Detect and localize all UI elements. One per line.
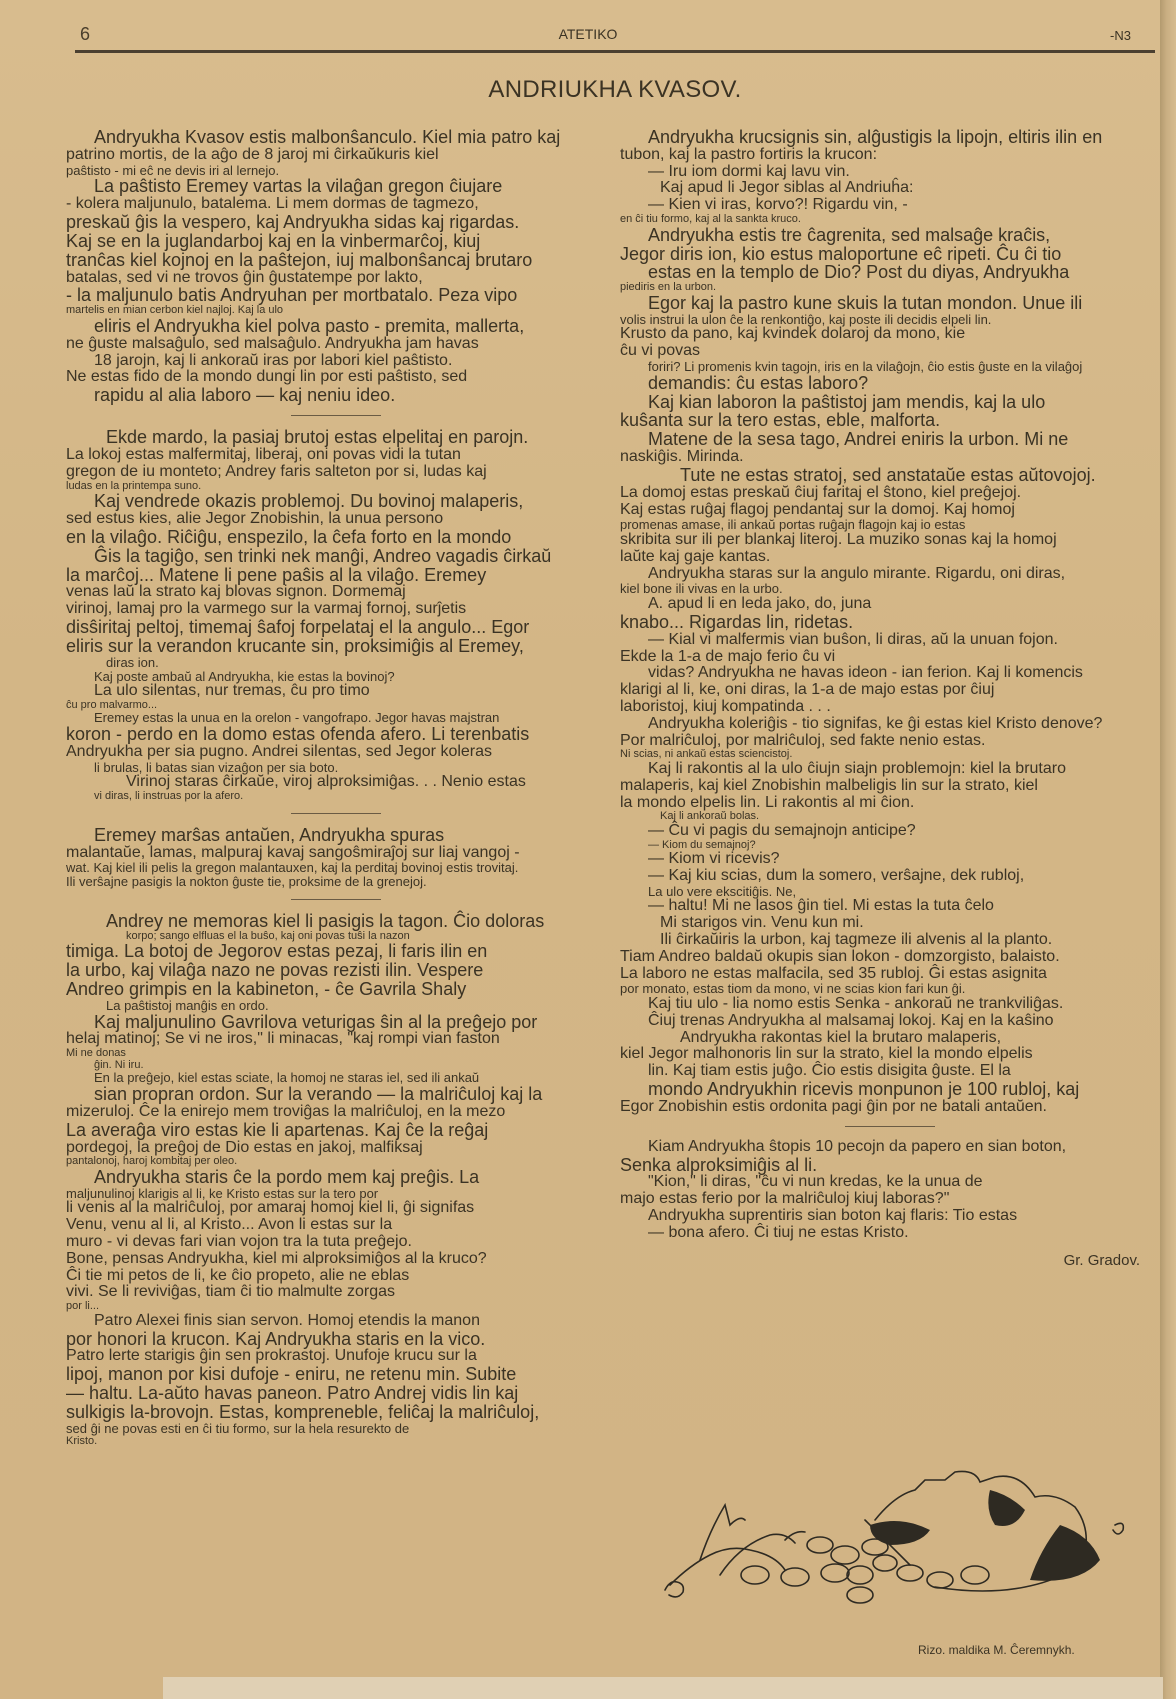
- text-line: Kaj kian laboron la paŝtistoj jam mendis…: [620, 393, 1160, 412]
- text-line: wat. Kaj kiel ili pelis la gregon malant…: [66, 861, 606, 875]
- text-line: Kristo.: [66, 1436, 606, 1448]
- text-line: sian propran ordon. Sur la verando — la …: [66, 1085, 606, 1104]
- text-line: Ekde mardo, la pasiaj brutoj estas elpel…: [66, 428, 606, 447]
- text-line: koron - perdo en la domo estas ofenda af…: [66, 725, 606, 744]
- text-line: laŭte kaj gaje kantas.: [620, 549, 1160, 566]
- text-line: — Iru iom dormi kaj lavu vin.: [620, 164, 1160, 181]
- illustration-caption: Rizo. maldika M. Ĉeremnykh.: [918, 1643, 1075, 1657]
- text-line: — Kaj kiu scias, dum la somero, verŝajne…: [620, 868, 1160, 885]
- text-line: Ĝis la tagiĝo, sen trinki nek manĝi, And…: [66, 547, 606, 566]
- text-line: promenas amase, ili ankaŭ portas ruĝajn …: [620, 518, 1160, 532]
- text-line: sulkigis la-brovojn. Estas, kompreneble,…: [66, 1403, 606, 1422]
- text-line: Kaj apud li Jegor siblas al Andriuĥa:: [620, 180, 1160, 197]
- text-line: Tute ne estas stratoj, sed anstataŭe est…: [620, 466, 1160, 485]
- text-line: La lokoj estas malfermitaj, liberaj, oni…: [66, 447, 606, 464]
- text-line: Mi ne donas: [66, 1048, 606, 1060]
- section-divider: [291, 899, 381, 900]
- page-edge: [1160, 0, 1176, 1699]
- text-line: li brulas, li batas sian vizaĝon per sia…: [66, 761, 606, 775]
- text-line: Ili ĉirkaŭiris la urbon, kaj tagmeze ili…: [620, 932, 1160, 949]
- text-line: Egor kaj la pastro kune skuis la tutan m…: [620, 294, 1160, 313]
- text-line: la marĉoj... Matene li pene paŝis al la …: [66, 566, 606, 585]
- text-line: Andryukha estis tre ĉagrenita, sed malsa…: [620, 226, 1160, 245]
- text-line: vidas? Andryukha ne havas ideon - ian fe…: [620, 665, 1160, 682]
- text-line: foriri? Li promenis kvin tagojn, iris en…: [620, 360, 1160, 374]
- text-line: Egor Znobishin estis ordonita pagi ĝin p…: [620, 1099, 1160, 1116]
- text-line: — Kial vi malfermis vian buŝon, li diras…: [620, 632, 1160, 649]
- text-line: Andryukha koleriĝis - tio signifas, ke ĝ…: [620, 716, 1160, 733]
- text-line: - kolera maljunulo, batalema. Li mem dor…: [66, 196, 606, 213]
- text-line: Kaj maljunulino Gavrilova veturigas ŝin …: [66, 1013, 606, 1032]
- text-line: tubon, kaj la pastro fortiris la krucon:: [620, 147, 1160, 164]
- text-line: por monato, estas tiom da mono, vi ne sc…: [620, 982, 1160, 996]
- author-signature: Gr. Gradov.: [620, 1252, 1160, 1269]
- text-line: eliris sur la verandon krucante sin, pro…: [66, 637, 606, 656]
- text-line: Ekde la 1-a de majo ferio ĉu vi: [620, 649, 1160, 666]
- text-line: — Kien vi iras, korvo?! Rigardu vin, -: [620, 197, 1160, 214]
- header-rule: [75, 50, 1155, 53]
- text-line: Kaj estas ruĝaj flagoj pendantaj sur la …: [620, 502, 1160, 519]
- text-line: En la preĝejo, kiel estas sciate, la hom…: [66, 1071, 606, 1085]
- text-line: Tiam Andreo baldaŭ okupis sian lokon - d…: [620, 949, 1160, 966]
- paper-tear-strip: [163, 1677, 1163, 1699]
- text-line: Eremey marŝas antaŭen, Andryukha spuras: [66, 826, 606, 845]
- text-line: Por malriĉuloj, por malriĉuloj, sed fakt…: [620, 733, 1160, 750]
- text-line: A. apud li en leda jako, do, juna: [620, 596, 1160, 613]
- text-line: pordegoj, la preĝoj de Dio estas en jako…: [66, 1140, 606, 1157]
- text-line: vivi. Se li reviviĝas, tiam ĉi tio malmu…: [66, 1284, 606, 1301]
- article-title: ANDRIUKHA KVASOV.: [0, 76, 1176, 104]
- text-line: Eremey estas la unua en la orelon - vang…: [66, 711, 606, 725]
- text-line: Kaj li rakontis al la ulo ĉiujn siajn pr…: [620, 761, 1160, 778]
- text-line: Jegor diris ion, kio estus maloportune e…: [620, 245, 1160, 264]
- text-line: Andryukha rakontas kiel la brutaro malap…: [620, 1030, 1160, 1047]
- text-line: li venis al la malriĉuloj, por amaraj ho…: [66, 1200, 606, 1217]
- text-line: virinoj, lamaj pro la varmego sur la var…: [66, 601, 606, 618]
- text-line: Andrey ne memoras kiel li pasigis la tag…: [66, 912, 606, 931]
- text-line: eliris el Andryukha kiel polva pasto - p…: [66, 317, 606, 336]
- text-line: kuŝanta sur la tero estas, eble, malfort…: [620, 411, 1160, 430]
- text-line: volis instrui la ulon ĉe la renkontiĝo, …: [620, 313, 1160, 327]
- text-line: Kaj se en la juglandarboj kaj en la vinb…: [66, 232, 606, 251]
- text-line: 18 jarojn, kaj li ankoraŭ iras por labor…: [66, 353, 606, 370]
- text-line: Bone, pensas Andryukha, kiel mi alproksi…: [66, 1251, 606, 1268]
- text-line: batalas, sed vi ne trovos ĝin ĝustatempe…: [66, 270, 606, 287]
- text-line: — bona afero. Ĉi tiuj ne estas Kristo.: [620, 1225, 1160, 1242]
- text-line: - la maljunulo batis Andryuhan per mortb…: [66, 286, 606, 305]
- text-line: kiel Jegor malhonoris lin sur la strato,…: [620, 1046, 1160, 1063]
- section-divider: [845, 1126, 935, 1127]
- text-line: Virinoj staras ĉirkaŭe, viroj alproksimi…: [66, 774, 606, 791]
- text-line: Andryukha staras sur la angulo mirante. …: [620, 566, 1160, 583]
- text-line: malaperis, kaj kiel Znobishin malbeligis…: [620, 778, 1160, 795]
- text-line: Kaj tiu ulo - lia nomo estis Senka - ank…: [620, 996, 1160, 1013]
- text-line: venas laŭ la strato kaj blovas signon. D…: [66, 584, 606, 601]
- text-line: laboristoj, kiuj kompatinda . . .: [620, 699, 1160, 716]
- text-line: gregon de iu monteto; Andrey faris salte…: [66, 464, 606, 481]
- text-line: Matene de la sesa tago, Andrei eniris la…: [620, 430, 1160, 449]
- issue-number: -N3: [1110, 28, 1131, 43]
- text-line: Mi starigos vin. Venu kun mi.: [620, 915, 1160, 932]
- text-line: Kaj poste ambaŭ al Andryukha, kie estas …: [66, 670, 606, 684]
- text-line: rapidu al alia laboro — kaj neniu ideo.: [66, 386, 606, 405]
- text-line: Andryukha staris ĉe la pordo mem kaj pre…: [66, 1168, 606, 1187]
- section-divider: [291, 415, 381, 416]
- text-line: Kaj vendrede okazis problemoj. Du bovino…: [66, 492, 606, 511]
- text-line: "Kion," li diras, "ĉu vi nun kredas, ke …: [620, 1174, 1160, 1191]
- text-line: Ne estas fido de la mondo dungi lin por …: [66, 369, 606, 386]
- text-line: skribita sur ili per blankaj literoj. La…: [620, 532, 1160, 549]
- masthead: ATETIKO: [0, 26, 1176, 42]
- text-line: timiga. La botoj de Jegorov estas pezaj,…: [66, 942, 606, 961]
- text-line: mizeruloj. Ĉe la enirejo mem troviĝas la…: [66, 1104, 606, 1121]
- text-line: lipoj, manon por kisi dufoje - eniru, ne…: [66, 1365, 606, 1384]
- text-line: kiel bone ili vivas en la urbo.: [620, 582, 1160, 596]
- text-line: — haltu. La-aŭto havas paneon. Patro And…: [66, 1384, 606, 1403]
- text-line: en la vilaĝo. Riĉiĝu, enspezilo, la ĉefa…: [66, 528, 606, 547]
- text-line: maljunulinoj klarigis al li, ke Kristo e…: [66, 1187, 606, 1201]
- text-line: ĉu vi povas: [620, 343, 1160, 360]
- text-line: malantaŭe, lamas, malpuraj kavaj sangoŝm…: [66, 845, 606, 862]
- text-line: paŝtisto - mi eĉ ne devis iri al lernejo…: [66, 164, 606, 178]
- text-line: Andryukha suprentiris sian boton kaj fla…: [620, 1208, 1160, 1225]
- text-line: por honori la krucon. Kaj Andryukha star…: [66, 1330, 606, 1349]
- text-line: La ulo silentas, nur tremas, ĉu pro timo: [66, 683, 606, 700]
- text-line: majo estas ferio por la malriĉuloj kiuj …: [620, 1191, 1160, 1208]
- text-line: Kiam Andryukha ŝtopis 10 pecojn da paper…: [620, 1139, 1160, 1156]
- text-line: Ĉiuj trenas Andryukha al malsamaj lokoj.…: [620, 1013, 1160, 1030]
- text-line: estas en la templo de Dio? Post du diyas…: [620, 263, 1160, 282]
- text-line: ne ĝuste malsaĝulo, sed malsaĝulo. Andry…: [66, 336, 606, 353]
- text-line: Andryukha per sia pugno. Andrei silentas…: [66, 744, 606, 761]
- text-line: La averaĝa viro estas kie li apartenas. …: [66, 1121, 606, 1140]
- text-line: naskiĝis. Mirinda.: [620, 449, 1160, 466]
- text-line: la urbo, kaj vilaĝa nazo ne povas rezist…: [66, 961, 606, 980]
- text-line: demandis: ĉu estas laboro?: [620, 374, 1160, 393]
- text-line: Krusto da pano, kaj kvindek dolaroj da m…: [620, 326, 1160, 343]
- text-line: La paŝtisto Eremey vartas la vilaĝan gre…: [66, 177, 606, 196]
- text-line: knabo... Rigardas lin, ridetas.: [620, 613, 1160, 632]
- text-line: disŝiritaj peltoj, timemaj ŝafoj forpela…: [66, 618, 606, 637]
- text-line: patrino mortis, de la aĝo de 8 jaroj mi …: [66, 147, 606, 164]
- text-line: La paŝtistoj manĝis en ordo.: [66, 999, 606, 1013]
- pig-and-rooster-illustration: [660, 1465, 1150, 1605]
- text-line: preskaŭ ĝis la vespero, kaj Andryukha si…: [66, 213, 606, 232]
- text-line: Venu, venu al li, al Kristo... Avon li e…: [66, 1217, 606, 1234]
- text-line: Andreo grimpis en la kabineton, - ĉe Gav…: [66, 980, 606, 999]
- text-line: la mondo elpelis lin. Li rakontis al mi …: [620, 795, 1160, 812]
- text-line: diras ion.: [66, 656, 606, 670]
- text-line: klarigi al li, ke, oni diras, la 1-a de …: [620, 682, 1160, 699]
- left-column: Andryukha Kvasov estis malbonŝanculo. Ki…: [66, 128, 606, 1447]
- text-line: helaj matinoj; Se vi ne iros," li minaca…: [66, 1031, 606, 1048]
- text-line: Ili verŝajne pasigis la nokton ĝuste tie…: [66, 875, 606, 889]
- text-line: — haltu! Mi ne lasos ĝin tiel. Mi estas …: [620, 898, 1160, 915]
- right-column: Andryukha krucsignis sin, alĝustigis la …: [620, 128, 1160, 1269]
- text-line: Andryukha krucsignis sin, alĝustigis la …: [620, 128, 1160, 147]
- text-line: vi diras, li instruas por la afero.: [66, 791, 606, 803]
- text-line: sed ĝi ne povas esti en ĉi tiu formo, su…: [66, 1422, 606, 1436]
- text-line: Ĉi tie mi petos de li, ke ĉio propeto, a…: [66, 1268, 606, 1285]
- text-line: sed estus kies, alie Jegor Znobishin, la…: [66, 511, 606, 528]
- text-line: Andryukha Kvasov estis malbonŝanculo. Ki…: [66, 128, 606, 147]
- text-line: — Kiom vi ricevis?: [620, 851, 1160, 868]
- text-line: muro - vi devas fari vian vojon tra la t…: [66, 1234, 606, 1251]
- section-divider: [291, 813, 381, 814]
- text-line: La laboro ne estas malfacila, sed 35 rub…: [620, 966, 1160, 983]
- text-line: tranĉas kiel kojnoj en la paŝtejon, iuj …: [66, 251, 606, 270]
- text-line: en ĉi tiu formo, kaj al la sankta kruco.: [620, 214, 1160, 226]
- text-line: Patro Alexei finis sian servon. Homoj et…: [66, 1313, 606, 1330]
- text-line: por li...: [66, 1301, 606, 1313]
- text-line: Senka alproksimiĝis al li.: [620, 1156, 1160, 1175]
- text-line: La ulo vere ekscitiĝis. Ne,: [620, 885, 1160, 899]
- text-line: lin. Kaj tiam estis juĝo. Ĉio estis disi…: [620, 1063, 1160, 1080]
- text-line: — Ĉu vi pagis du semajnojn anticipe?: [620, 823, 1160, 840]
- text-line: Patro lerte starigis ĝin sen prokrastoj.…: [66, 1348, 606, 1365]
- text-line: mondo Andryukhin ricevis monpunon je 100…: [620, 1080, 1160, 1099]
- text-line: La domoj estas preskaŭ ĉiuj faritaj el ŝ…: [620, 485, 1160, 502]
